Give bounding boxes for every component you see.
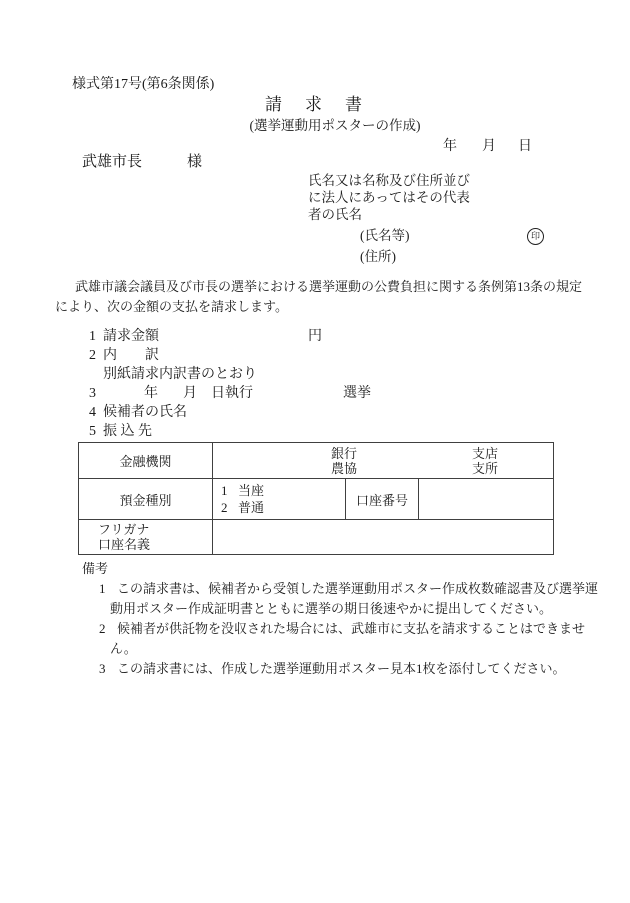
item-number: 3 [89, 384, 103, 403]
list-item-transfer-account: 5 振 込 先 [55, 422, 595, 441]
request-statement: 武雄市議会議員及び市長の選挙における選挙運動の公費負担に関する条例第13条の規定… [55, 277, 600, 317]
addressee-name: 武雄市長 [82, 153, 142, 172]
applicant-label-line: 者の氏名 [308, 206, 558, 223]
breakdown-attachment-note: 別紙請求内訳書のとおり [55, 365, 595, 384]
account-holder-label-cell: フリガナ 口座名義 [79, 520, 213, 555]
remark-text-line: ん。 [55, 639, 615, 659]
remark-text-line: 候補者が供託物を没収された場合には、武雄市に支払を請求することはできませ [117, 619, 585, 639]
invoice-form-page: 様式第17号(第6条関係) 請 求 書 (選挙運動用ポスターの作成) 年 月 日… [0, 0, 630, 903]
yen-unit-label: 円 [308, 327, 322, 346]
applicant-block: 氏名又は名称及び住所並び に法人にあってはその代表 者の氏名 (氏名等) 印 (… [308, 172, 558, 266]
breakdown-label: 内 訳 [103, 346, 159, 365]
bank-type-options: 銀行 農協 [331, 446, 357, 476]
table-row-account-holder: フリガナ 口座名義 [79, 520, 554, 555]
item-number: 5 [89, 422, 103, 441]
institution-value-cell: 銀行 農協 支店 支所 [213, 443, 554, 479]
account-holder-value-cell [213, 520, 554, 555]
remark-text-line: この請求書は、候補者から受領した選挙運動用ポスター作成枚数確認書及び選挙運 [117, 579, 598, 599]
transfer-account-label: 振 込 先 [103, 422, 152, 441]
date-day-label: 日 [518, 138, 532, 156]
exec-day-label: 日執行 [211, 384, 253, 403]
form-number: 様式第17号(第6条関係) [72, 76, 214, 94]
remark-text-line: 動用ポスター作成証明書とともに選挙の期日後速やかに提出してください。 [55, 599, 615, 619]
ordinary-label: 普通 [238, 499, 264, 516]
item-number: 4 [89, 403, 103, 422]
remarks-section: 備考 1 この請求書は、候補者から受領した選挙運動用ポスター作成枚数確認書及び選… [55, 559, 615, 679]
applicant-name-row: (氏名等) 印 [308, 227, 558, 245]
remark-text-line: この請求書には、作成した選挙運動用ポスター見本1枚を添付してください。 [117, 659, 566, 679]
remark-number: 3 [99, 659, 117, 679]
suboffice-option: 支所 [472, 461, 498, 476]
remarks-heading: 備考 [55, 559, 615, 579]
deposit-option-ordinary: 2 普通 [221, 499, 345, 516]
date-month-label: 月 [482, 138, 496, 156]
candidate-name-label: 候補者の氏名 [103, 403, 187, 422]
branch-type-options: 支店 支所 [472, 446, 498, 476]
amount-label: 請求金額 [103, 327, 159, 346]
document-subtitle: (選挙運動用ポスターの作成) [20, 117, 630, 134]
bank-option: 銀行 [331, 446, 357, 461]
seal-icon: 印 [527, 228, 544, 245]
statement-line: 武雄市議会議員及び市長の選挙における選挙運動の公費負担に関する条例第13条の規定 [55, 277, 600, 297]
deposit-type-options-cell: 1 当座 2 普通 [213, 479, 346, 520]
applicant-label-line: 氏名又は名称及び住所並び [308, 172, 558, 189]
item-number: 2 [89, 346, 103, 365]
remark-number: 1 [99, 579, 117, 599]
exec-month-label: 月 [183, 384, 197, 403]
addressee-honorific: 様 [187, 153, 202, 172]
applicant-address-row: (住所) [308, 248, 558, 266]
coop-option: 農協 [331, 461, 357, 476]
furigana-label: フリガナ [98, 522, 212, 537]
account-holder-label: 口座名義 [98, 537, 212, 552]
remark-number: 2 [99, 619, 117, 639]
applicant-label-line: に法人にあってはその代表 [308, 189, 558, 206]
exec-year-label: 年 [144, 384, 158, 403]
document-title: 請 求 書 [0, 94, 630, 116]
branch-option: 支店 [472, 446, 498, 461]
list-item-amount: 1 請求金額 円 [55, 327, 595, 346]
list-item-breakdown: 2 内 訳 [55, 346, 595, 365]
account-number-value-cell [419, 479, 554, 520]
option-number: 2 [221, 499, 238, 516]
item-number: 1 [89, 327, 103, 346]
bank-account-table: 金融機関 銀行 農協 支店 支所 預金種別 1 [78, 442, 554, 555]
table-row-account-type: 預金種別 1 当座 2 普通 口座番号 [79, 479, 554, 520]
institution-label-cell: 金融機関 [79, 443, 213, 479]
statement-line: により、次の金額の支払を請求します。 [55, 297, 600, 317]
option-number: 1 [221, 482, 238, 499]
account-number-label-cell: 口座番号 [346, 479, 419, 520]
deposit-option-checking: 1 当座 [221, 482, 345, 499]
election-label: 選挙 [343, 384, 371, 403]
addressee-line: 武雄市長 様 [82, 153, 202, 172]
address-field-label: (住所) [360, 249, 396, 264]
table-row-institution: 金融機関 銀行 農協 支店 支所 [79, 443, 554, 479]
date-line: 年 月 日 [0, 138, 532, 156]
remark-item: 1 この請求書は、候補者から受領した選挙運動用ポスター作成枚数確認書及び選挙運 [55, 579, 615, 599]
item-list: 1 請求金額 円 2 内 訳 別紙請求内訳書のとおり 3 年 月 日執行 選挙 … [55, 327, 595, 441]
deposit-type-label-cell: 預金種別 [79, 479, 213, 520]
name-field-label: (氏名等) [360, 228, 410, 243]
list-item-candidate-name: 4 候補者の氏名 [55, 403, 595, 422]
list-item-election-date: 3 年 月 日執行 選挙 [55, 384, 595, 403]
checking-label: 当座 [238, 482, 264, 499]
remark-item: 2 候補者が供託物を没収された場合には、武雄市に支払を請求することはできませ [55, 619, 615, 639]
remark-item: 3 この請求書には、作成した選挙運動用ポスター見本1枚を添付してください。 [55, 659, 615, 679]
date-year-label: 年 [443, 138, 457, 156]
